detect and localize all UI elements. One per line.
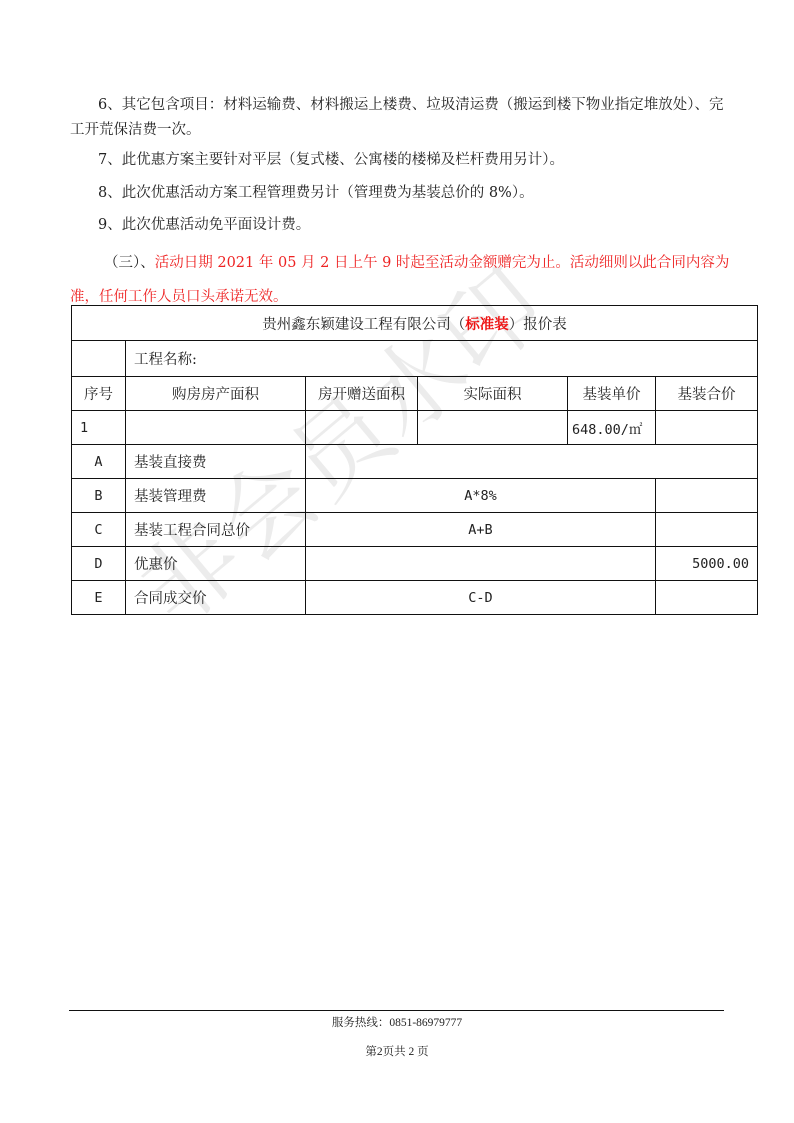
title-highlight: 标准装 xyxy=(465,316,509,333)
footer-hotline: 服务热线：0851-86979777 xyxy=(0,1014,794,1030)
header-total: 基装合价 xyxy=(656,377,758,411)
section-3-prefix: （三）、 xyxy=(104,255,155,271)
paragraph-section-3: （三）、活动日期 2021 年 05 月 2 日上午 9 时起至活动金额赠完为止… xyxy=(70,246,730,314)
row1-index: 1 xyxy=(72,411,126,445)
row-formula: A*8% xyxy=(306,479,656,513)
row-formula: C-D xyxy=(306,581,656,615)
table-row: A 基装直接费 xyxy=(72,445,758,479)
header-row: 序号 购房房产面积 房开赠送面积 实际面积 基装单价 基装合价 xyxy=(72,377,758,411)
header-purchase-area: 购房房产面积 xyxy=(126,377,306,411)
table-title: 贵州鑫东颖建设工程有限公司（标准装）报价表 xyxy=(72,306,758,341)
row1-total xyxy=(656,411,758,445)
row-amount xyxy=(656,513,758,547)
row-code: C xyxy=(72,513,126,547)
row-amount xyxy=(656,479,758,513)
project-name-field: 工程名称: xyxy=(126,341,758,377)
row-code: D xyxy=(72,547,126,581)
paragraph-item-7: 7、此优惠方案主要针对平层（复式楼、公寓楼的楼梯及栏杆费用另计）。 xyxy=(70,148,730,173)
table-row: D 优惠价 5000.00 xyxy=(72,547,758,581)
header-actual-area: 实际面积 xyxy=(418,377,568,411)
row1-gift-area xyxy=(306,411,418,445)
footer-page-number: 第2页共 2 页 xyxy=(0,1043,794,1059)
row-formula xyxy=(306,547,656,581)
row-code: A xyxy=(72,445,126,479)
project-name-blank xyxy=(72,341,126,377)
row-label: 优惠价 xyxy=(126,547,306,581)
row1-actual-area xyxy=(418,411,568,445)
row-label: 基装管理费 xyxy=(126,479,306,513)
table-row: B 基装管理费 A*8% xyxy=(72,479,758,513)
header-unit-price: 基装单价 xyxy=(568,377,656,411)
project-name-row: 工程名称: xyxy=(72,341,758,377)
header-index: 序号 xyxy=(72,377,126,411)
paragraph-item-6: 6、其它包含项目：材料运输费、材料搬运上楼费、垃圾清运费（搬运到楼下物业指定堆放… xyxy=(70,93,730,143)
table-row: 1 648.00/㎡ xyxy=(72,411,758,445)
quote-table: 贵州鑫东颖建设工程有限公司（标准装）报价表 工程名称: 序号 购房房产面积 房开… xyxy=(71,305,758,615)
table-title-row: 贵州鑫东颖建设工程有限公司（标准装）报价表 xyxy=(72,306,758,341)
footer-divider xyxy=(69,1010,724,1011)
row-code: E xyxy=(72,581,126,615)
row-label: 合同成交价 xyxy=(126,581,306,615)
paragraph-item-8: 8、此次优惠活动方案工程管理费另计（管理费为基装总价的 8%）。 xyxy=(70,181,730,206)
row-amount: 5000.00 xyxy=(656,547,758,581)
row-amount xyxy=(656,581,758,615)
row-code: B xyxy=(72,479,126,513)
table-row: C 基装工程合同总价 A+B xyxy=(72,513,758,547)
table-row: E 合同成交价 C-D xyxy=(72,581,758,615)
row-formula xyxy=(306,445,758,479)
row1-purchase-area xyxy=(126,411,306,445)
row1-unit-price: 648.00/㎡ xyxy=(568,411,656,445)
row-formula: A+B xyxy=(306,513,656,547)
paragraph-item-9: 9、此次优惠活动免平面设计费。 xyxy=(70,213,730,238)
section-3-text: 活动日期 2021 年 05 月 2 日上午 9 时起至活动金额赠完为止。活动细… xyxy=(70,255,729,305)
row-label: 基装工程合同总价 xyxy=(126,513,306,547)
header-gift-area: 房开赠送面积 xyxy=(306,377,418,411)
row-label: 基装直接费 xyxy=(126,445,306,479)
